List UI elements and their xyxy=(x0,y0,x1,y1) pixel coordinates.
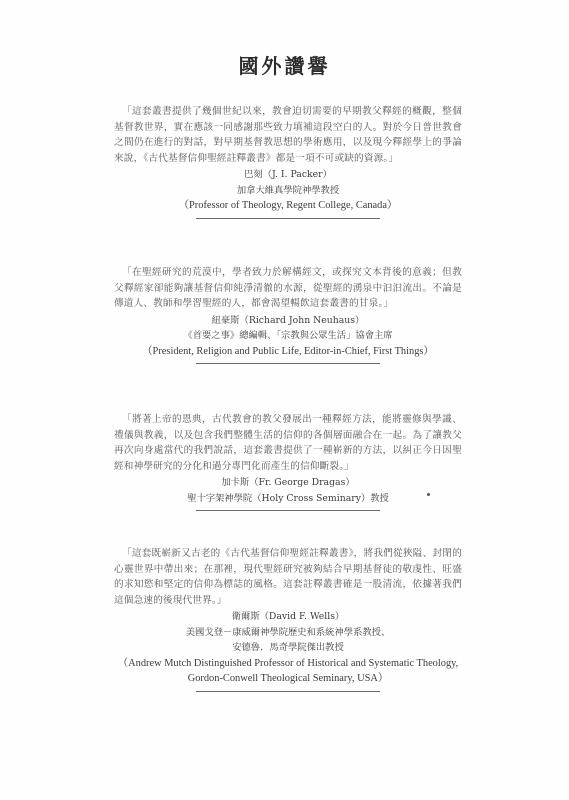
endorser-title-en: （Andrew Mutch Distinguished Professor of… xyxy=(114,656,462,672)
endorser-title-en: （President, Religion and Public Life, Ed… xyxy=(114,344,462,360)
page-title: 國外讚譽 xyxy=(0,50,569,79)
endorsement-quote: 「這套既嶄新又古老的《古代基督信仰聖經註釋叢書》，將我們從狹隘、封閉的心靈世界中… xyxy=(114,546,462,608)
endorser-name: 加卡斯（Fr. George Dragas） xyxy=(114,475,462,491)
endorsement-neuhaus: 「在聖經研究的荒漠中，學者致力於解構經文，或探究文本背後的意義；但教父釋經家卻能… xyxy=(114,265,462,364)
divider xyxy=(196,363,380,364)
scan-speck xyxy=(427,493,430,496)
endorser-name: 衛爾斯（David F. Wells） xyxy=(114,609,462,625)
divider xyxy=(196,510,380,511)
endorser-title-en-2: Gordon-Conwell Theological Seminary, USA… xyxy=(114,671,462,687)
endorser-title-zh: 美國戈登－康威爾神學院歷史和系統神學系教授、 xyxy=(114,625,462,641)
endorser-title-zh-2: 安德魯．馬奇學院傑出教授 xyxy=(114,640,462,656)
endorsement-packer: 「這套叢書提供了幾個世紀以來，教會迫切需要的早期教父釋經的概觀，整個基督教世界，… xyxy=(114,104,462,219)
endorsement-dragas: 「將著上帝的恩典，古代教會的教父發展出一種釋經方法，能將靈修與學識、禮儀與教義，… xyxy=(114,412,462,511)
divider xyxy=(196,218,380,219)
endorser-title-zh: 聖十字架神學院（Holy Cross Seminary）教授 xyxy=(114,491,462,507)
endorser-name: 巴刻（J. I. Packer） xyxy=(114,167,462,183)
endorsement-wells: 「這套既嶄新又古老的《古代基督信仰聖經註釋叢書》，將我們從狹隘、封閉的心靈世界中… xyxy=(114,546,462,692)
endorser-title-zh: 《首要之事》總編輯、「宗教與公眾生活」協會主席 xyxy=(114,328,462,344)
endorser-title-en: （Professor of Theology, Regent College, … xyxy=(114,198,462,214)
endorsement-quote: 「這套叢書提供了幾個世紀以來，教會迫切需要的早期教父釋經的概觀，整個基督教世界，… xyxy=(114,104,462,166)
endorser-title-zh: 加拿大維真學院神學教授 xyxy=(114,183,462,199)
endorsement-quote: 「將著上帝的恩典，古代教會的教父發展出一種釋經方法，能將靈修與學識、禮儀與教義，… xyxy=(114,412,462,474)
endorsement-quote: 「在聖經研究的荒漠中，學者致力於解構經文，或探究文本背後的意義；但教父釋經家卻能… xyxy=(114,265,462,312)
document-page: 國外讚譽 「這套叢書提供了幾個世紀以來，教會迫切需要的早期教父釋經的概觀，整個基… xyxy=(0,0,569,800)
endorser-name: 紐豪斯（Richard John Neuhaus） xyxy=(114,313,462,329)
divider xyxy=(196,691,380,692)
